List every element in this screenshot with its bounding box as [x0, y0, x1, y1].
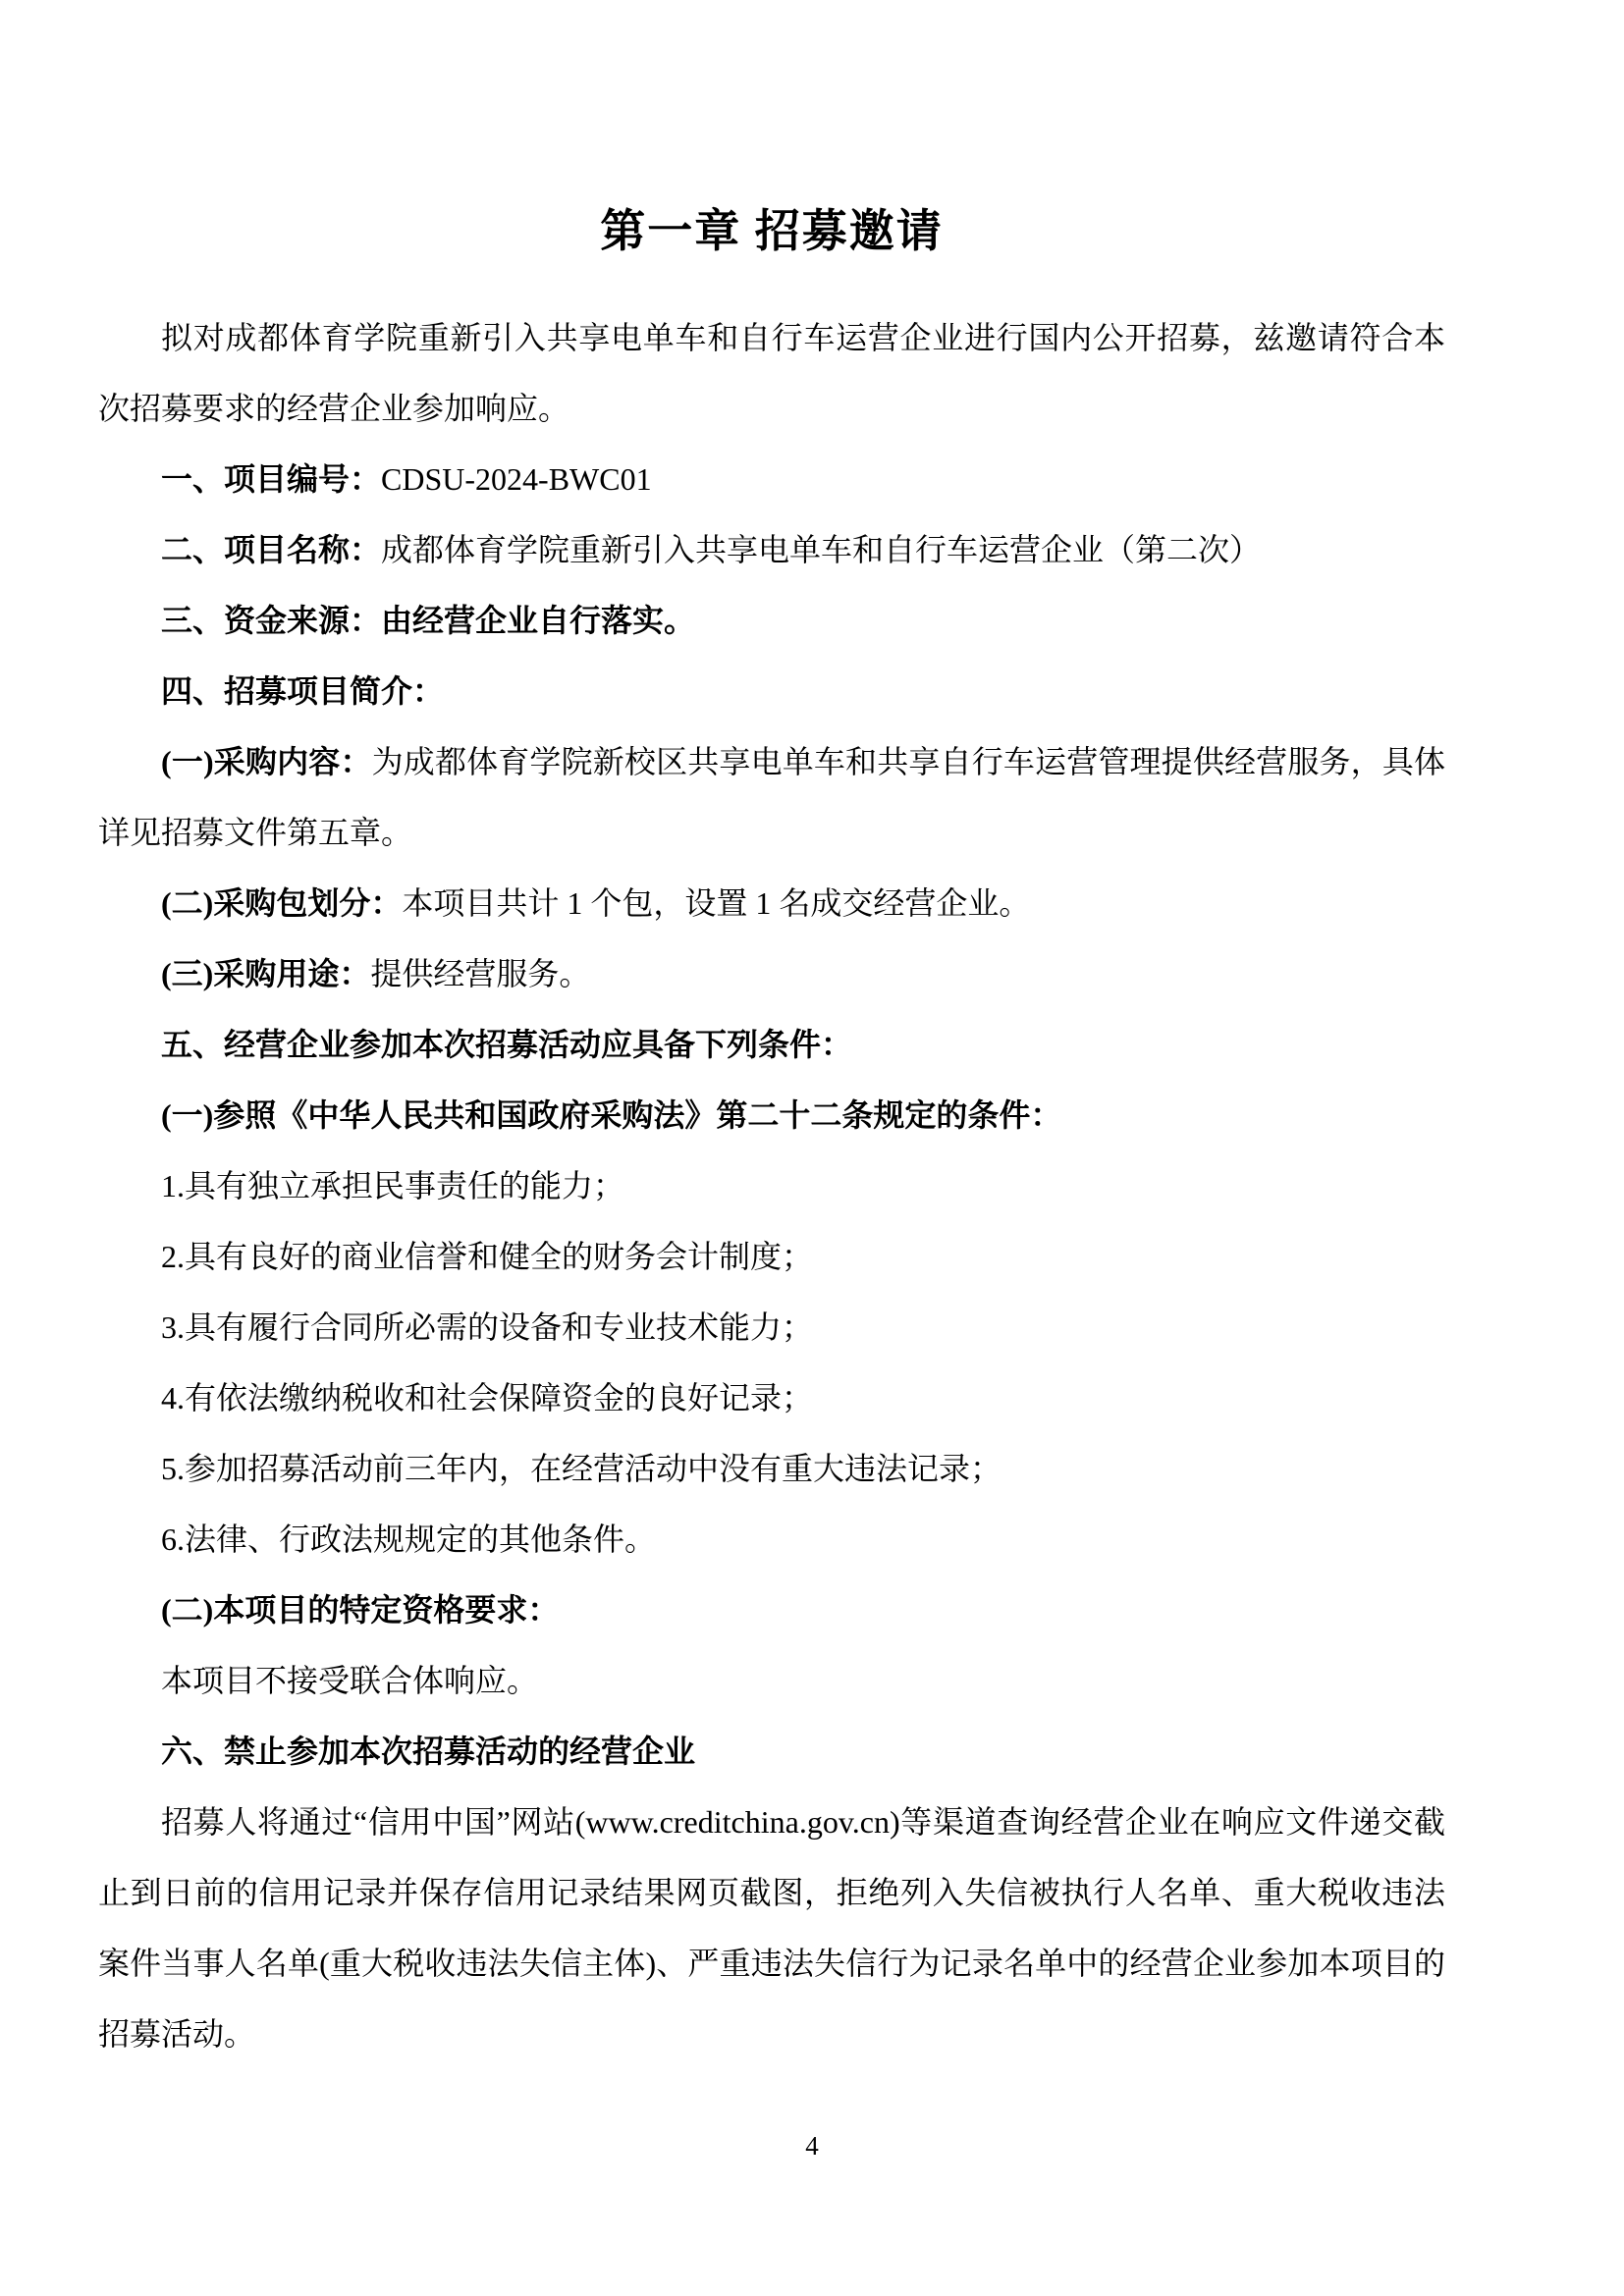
- item-label: (三)采购用途：: [161, 956, 370, 991]
- item-value: CDSU-2024-BWC01: [381, 461, 652, 497]
- condition-1: 1.具有独立承担民事责任的能力；: [98, 1150, 1445, 1221]
- condition-text: 6.法律、行政法规规定的其他条件。: [161, 1522, 656, 1557]
- condition-text: 5.参加招募活动前三年内，在经营活动中没有重大违法记录；: [161, 1451, 1001, 1486]
- item-label: 三、资金来源：: [161, 603, 381, 638]
- paragraph-text: 招募人将通过“信用中国”网站(www.creditchina.gov.cn)等渠…: [98, 1804, 1445, 2052]
- document-page: 第一章 招募邀请 拟对成都体育学院重新引入共享电单车和自行车运营企业进行国内公开…: [0, 0, 1624, 2296]
- item-label: 六、禁止参加本次招募活动的经营企业: [161, 1734, 695, 1769]
- paragraph-no-consortium: 本项目不接受联合体响应。: [98, 1645, 1445, 1716]
- paragraph-text: 拟对成都体育学院重新引入共享电单车和自行车运营企业进行国内公开招募，兹邀请符合本…: [98, 320, 1445, 426]
- item-value: 成都体育学院重新引入共享电单车和自行车运营企业（第二次）: [381, 532, 1261, 567]
- condition-2: 2.具有良好的商业信誉和健全的财务会计制度；: [98, 1221, 1445, 1292]
- item-label: 五、经营企业参加本次招募活动应具备下列条件：: [161, 1027, 852, 1062]
- subitem-procurement-purpose: (三)采购用途：提供经营服务。: [98, 938, 1445, 1009]
- item-label: (一)参照《中华人民共和国政府采购法》第二十二条规定的条件：: [161, 1097, 1061, 1133]
- paragraph-intro: 拟对成都体育学院重新引入共享电单车和自行车运营企业进行国内公开招募，兹邀请符合本…: [98, 302, 1445, 444]
- item-project-name: 二、项目名称：成都体育学院重新引入共享电单车和自行车运营企业（第二次）: [98, 514, 1445, 585]
- condition-5: 5.参加招募活动前三年内，在经营活动中没有重大违法记录；: [98, 1433, 1445, 1504]
- condition-3: 3.具有履行合同所必需的设备和专业技术能力；: [98, 1292, 1445, 1362]
- item-funding-source: 三、资金来源：由经营企业自行落实。: [98, 585, 1445, 656]
- condition-text: 4.有依法缴纳税收和社会保障资金的良好记录；: [161, 1380, 813, 1415]
- item-value: 提供经营服务。: [370, 956, 590, 991]
- item-value: 由经营企业自行落实。: [381, 603, 695, 638]
- document-content: 第一章 招募邀请 拟对成都体育学院重新引入共享电单车和自行车运营企业进行国内公开…: [98, 196, 1445, 2069]
- item-prohibited-enterprises-heading: 六、禁止参加本次招募活动的经营企业: [98, 1716, 1445, 1787]
- item-label: (一)采购内容：: [161, 744, 372, 779]
- condition-6: 6.法律、行政法规规定的其他条件。: [98, 1504, 1445, 1575]
- item-label: 四、招募项目简介：: [161, 673, 444, 709]
- item-qualification-heading: 五、经营企业参加本次招募活动应具备下列条件：: [98, 1009, 1445, 1080]
- item-label: (二)采购包划分：: [161, 885, 402, 921]
- item-project-number: 一、项目编号：CDSU-2024-BWC01: [98, 444, 1445, 514]
- subitem-law-conditions-heading: (一)参照《中华人民共和国政府采购法》第二十二条规定的条件：: [98, 1080, 1445, 1150]
- paragraph-text: 本项目不接受联合体响应。: [161, 1663, 538, 1698]
- item-value: 本项目共计 1 个包，设置 1 名成交经营企业。: [402, 885, 1030, 921]
- subitem-procurement-content: (一)采购内容：为成都体育学院新校区共享电单车和共享自行车运营管理提供经营服务，…: [98, 726, 1445, 868]
- chapter-title: 第一章 招募邀请: [98, 196, 1445, 267]
- item-project-brief-heading: 四、招募项目简介：: [98, 656, 1445, 726]
- item-label: 二、项目名称：: [161, 532, 381, 567]
- item-label: (二)本项目的特定资格要求：: [161, 1592, 559, 1628]
- condition-text: 3.具有履行合同所必需的设备和专业技术能力；: [161, 1309, 813, 1345]
- subitem-package-division: (二)采购包划分：本项目共计 1 个包，设置 1 名成交经营企业。: [98, 868, 1445, 938]
- condition-text: 1.具有独立承担民事责任的能力；: [161, 1168, 624, 1203]
- paragraph-credit-check: 招募人将通过“信用中国”网站(www.creditchina.gov.cn)等渠…: [98, 1787, 1445, 2069]
- condition-text: 2.具有良好的商业信誉和健全的财务会计制度；: [161, 1239, 813, 1274]
- page-number: 4: [0, 2128, 1624, 2163]
- condition-4: 4.有依法缴纳税收和社会保障资金的良好记录；: [98, 1362, 1445, 1433]
- item-label: 一、项目编号：: [161, 461, 381, 497]
- subitem-specific-qualification-heading: (二)本项目的特定资格要求：: [98, 1575, 1445, 1645]
